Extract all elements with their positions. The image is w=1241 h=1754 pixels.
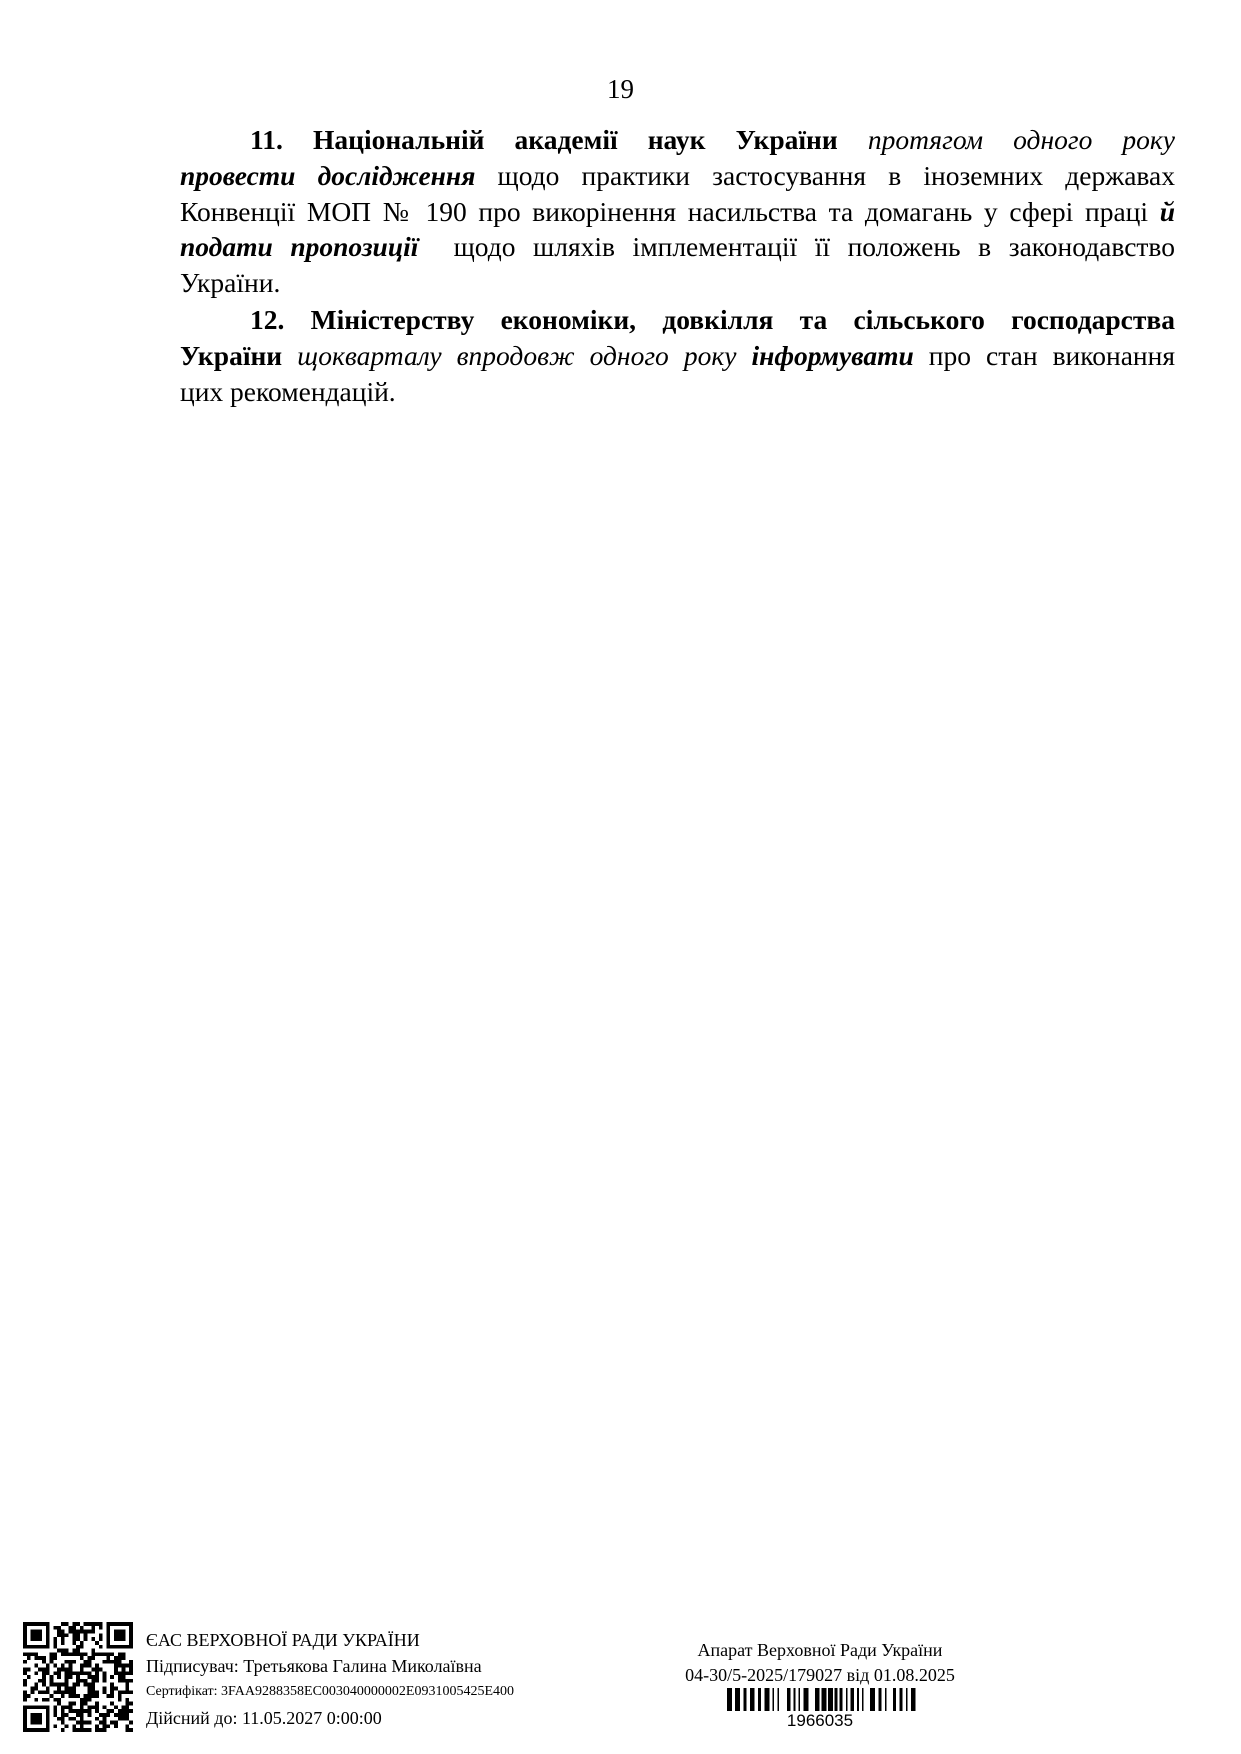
text-line: 12. Міністерству економіки, довкілля та … xyxy=(180,302,1175,338)
signature-valid-until: Дійсний до: 11.05.2027 0:00:00 xyxy=(146,1705,514,1731)
page-number: 19 xyxy=(0,74,1241,104)
barcode-number: 1966035 xyxy=(660,1712,980,1730)
text-line: провести дослідження щодо практики засто… xyxy=(180,158,1175,194)
text-line: цих рекомендацій. xyxy=(180,374,1175,410)
text-line: України. xyxy=(180,265,1175,301)
registration-block: Апарат Верховної Ради України 04-30/5-20… xyxy=(660,1638,980,1688)
text-line: Конвенції МОП № 190 про викорінення наси… xyxy=(180,194,1175,230)
barcode-icon xyxy=(727,1688,919,1711)
signature-signer: Підписувач: Третьякова Галина Миколаївна xyxy=(146,1653,514,1679)
text-line: подати пропозиції щодо шляхів імплемента… xyxy=(180,229,1175,265)
text-line: України щокварталу впродовж одного року … xyxy=(180,338,1175,374)
paragraph-12: 12. Міністерству економіки, довкілля та … xyxy=(180,302,1175,409)
signature-certificate: Сертифікат: 3FAA9288358EC003040000002E09… xyxy=(146,1679,514,1705)
qr-code-icon xyxy=(23,1620,133,1734)
paragraph-11: 11. Національній академії наук України п… xyxy=(180,122,1175,301)
signature-block: ЄАС ВЕРХОВНОЇ РАДИ УКРАЇНИ Підписувач: Т… xyxy=(146,1627,514,1731)
signature-system: ЄАС ВЕРХОВНОЇ РАДИ УКРАЇНИ xyxy=(146,1627,514,1653)
text-line: 11. Національній академії наук України п… xyxy=(180,122,1175,158)
registration-organization: Апарат Верховної Ради України xyxy=(660,1638,980,1663)
registration-number: 04-30/5-2025/179027 від 01.08.2025 xyxy=(660,1663,980,1688)
